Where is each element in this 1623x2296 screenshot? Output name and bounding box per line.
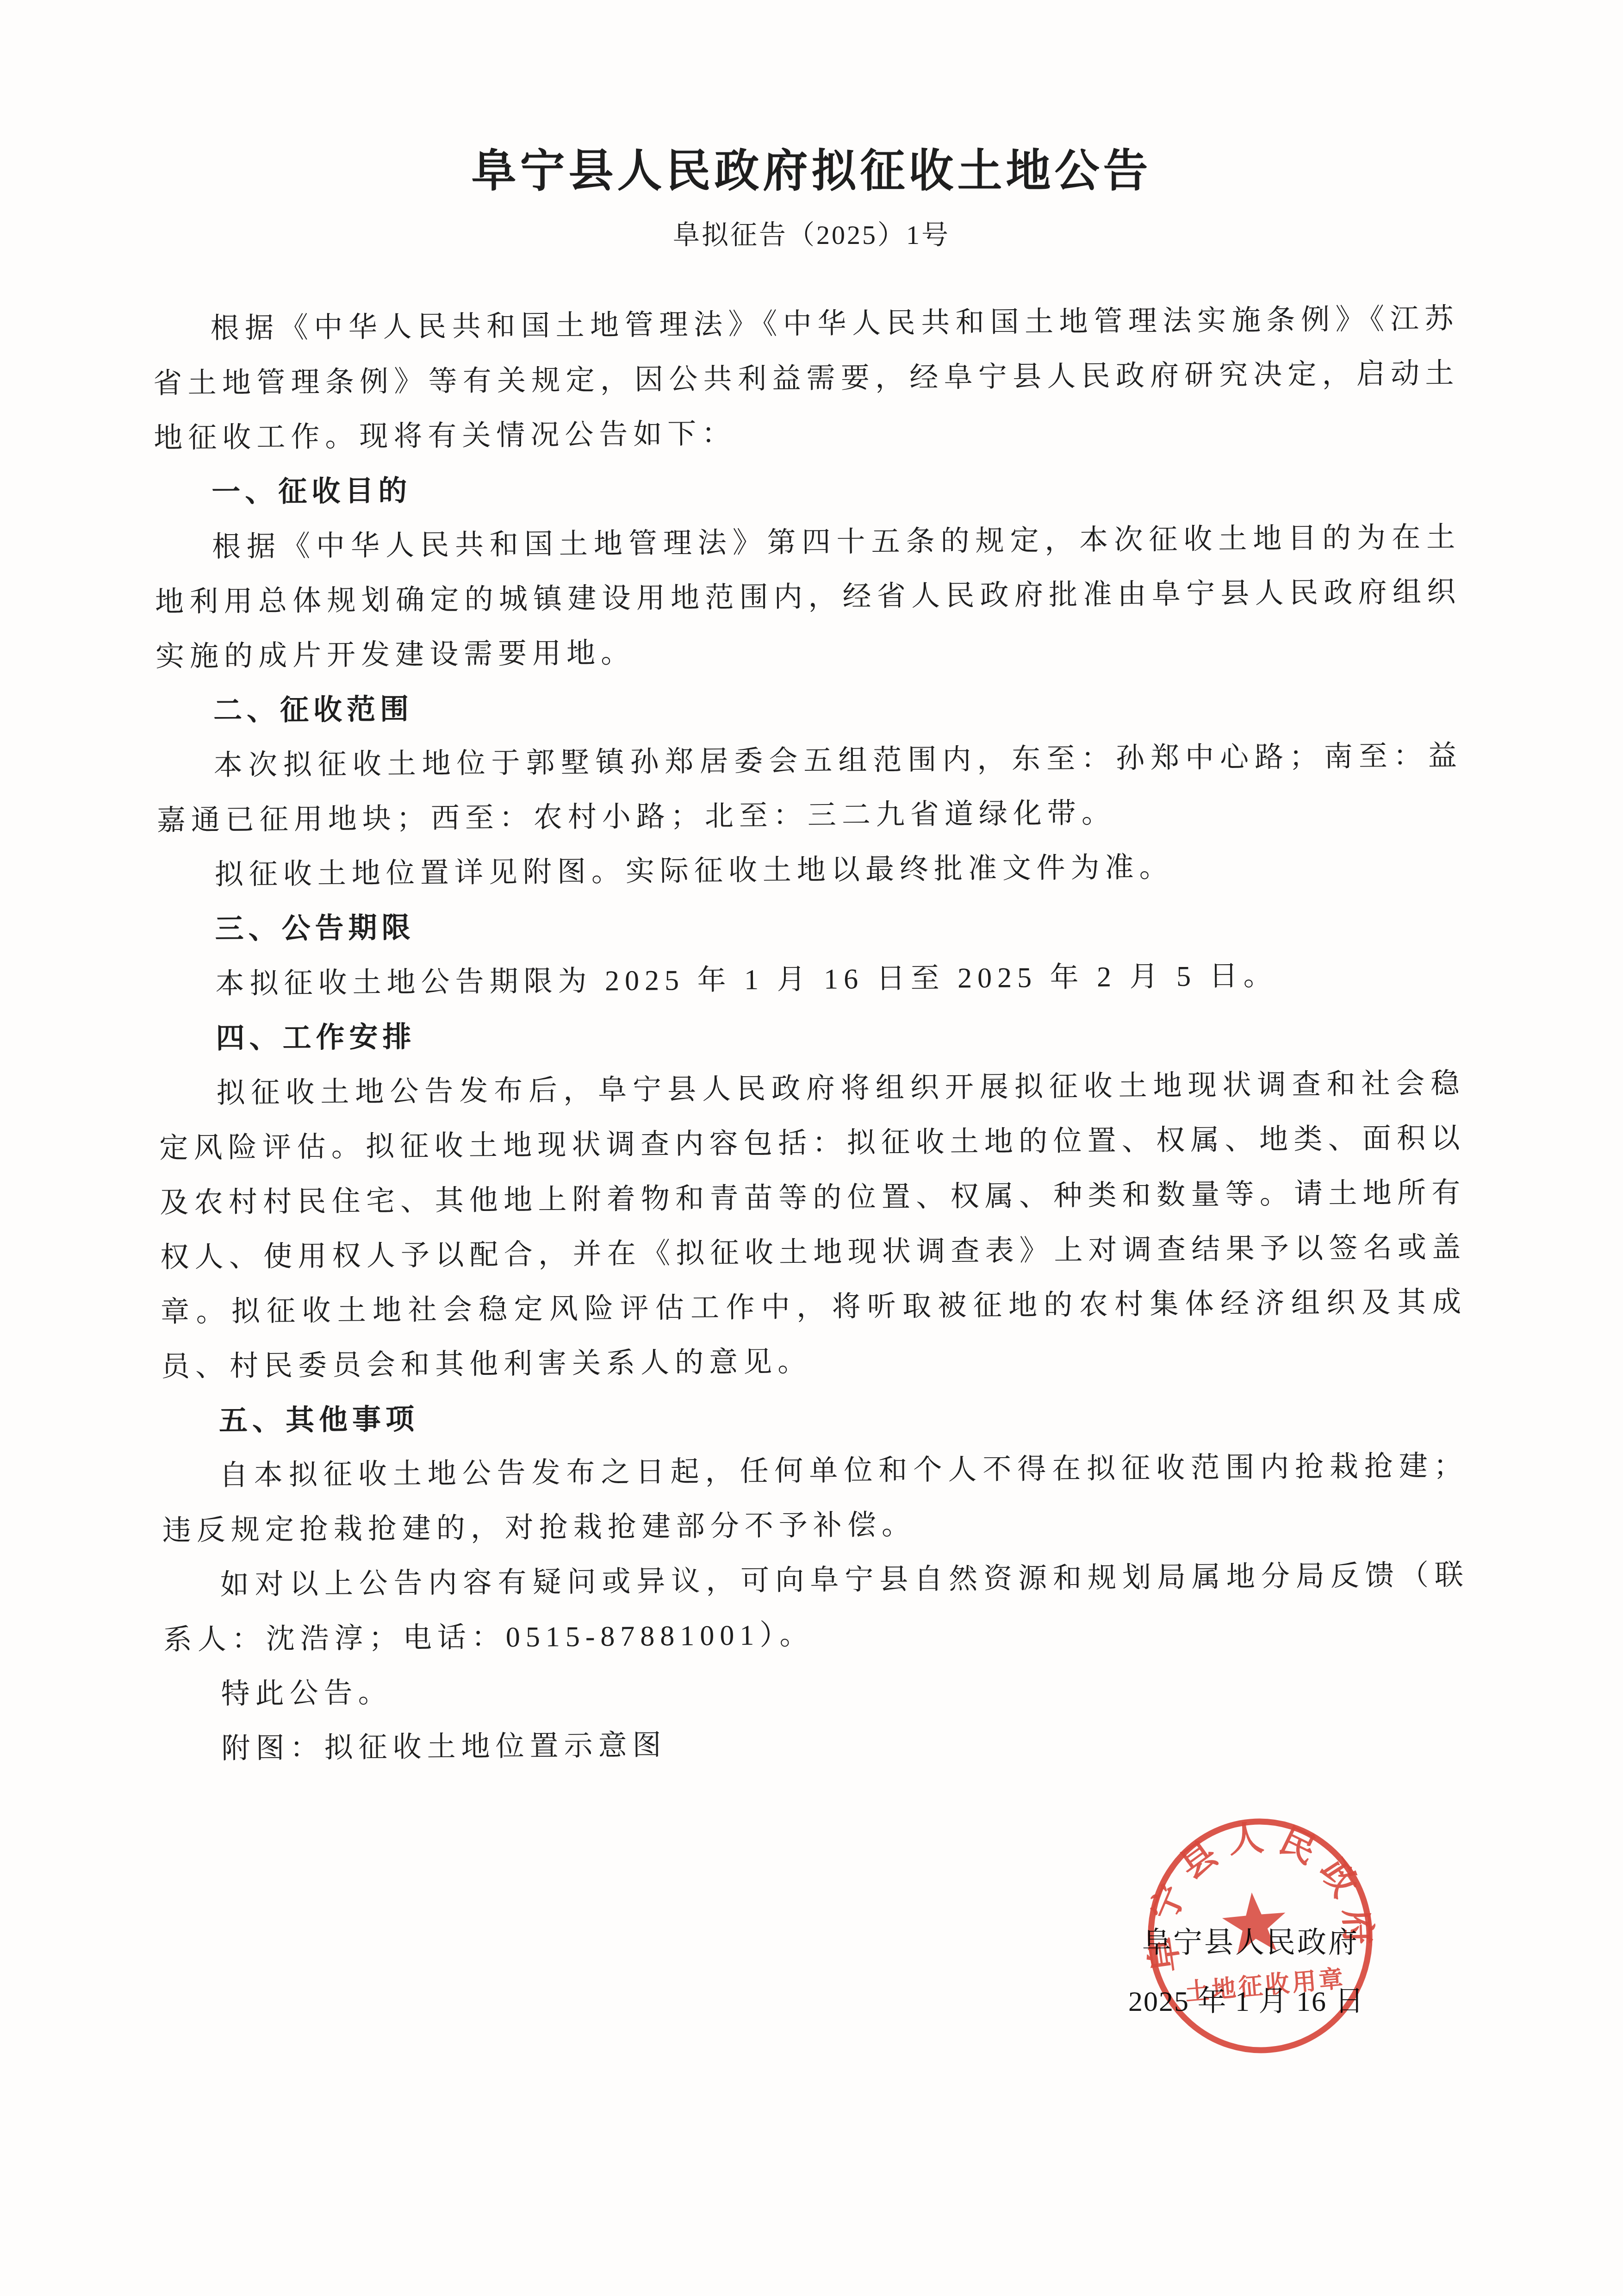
section-heading-1: 一、征收目的 (154, 455, 1461, 520)
attachment-note: 附图：拟征收土地位置示意图 (164, 1712, 1470, 1777)
document-number: 阜拟征告（2025）1号 (0, 217, 1623, 254)
paragraph-other: 自本拟征收土地公告发布之日起，任何单位和个人不得在拟征收范围内抢栽抢建；违反规定… (162, 1439, 1469, 1558)
paragraph-work-plan: 拟征收土地公告发布后，阜宁县人民政府将组织开展拟征收土地现状调查和社会稳定风险评… (159, 1056, 1467, 1394)
seal-center-text: 土地征收用章 (1184, 1965, 1347, 2006)
paragraph-period: 本拟征收土地公告期限为 2025 年 1 月 16 日至 2025 年 2 月 … (158, 947, 1464, 1012)
paragraph-intro: 根据《中华人民共和国土地管理法》《中华人民共和国土地管理法实施条例》《江苏省土地… (153, 292, 1460, 466)
page-title: 阜宁县人民政府拟征收土地公告 (0, 144, 1623, 198)
paragraph-purpose: 根据《中华人民共和国土地管理法》第四十五条的规定，本次征收土地目的为在土地利用总… (155, 510, 1462, 684)
paragraph-scope: 本次拟征收土地位于郭墅镇孙郑居委会五组范围内，东至：孙郑中心路；南至：益嘉通已征… (156, 729, 1463, 848)
seal-star-icon (1220, 1890, 1289, 1955)
paragraph-scope-map: 拟征收土地位置详见附图。实际征收土地以最终批准文件为准。 (157, 838, 1463, 903)
seal-arc-text-holder: 阜宁县人民政府 (1135, 1809, 1380, 1975)
document-body: 根据《中华人民共和国土地管理法》《中华人民共和国土地管理法实施条例》《江苏省土地… (153, 292, 1470, 1777)
section-heading-2: 二、征收范围 (156, 674, 1462, 739)
section-heading-3: 三、公告期限 (157, 892, 1464, 957)
paragraph-contact: 如对以上公告内容有疑问或异议，可向阜宁县自然资源和规划局属地分局反馈（联系人：沈… (162, 1548, 1469, 1667)
section-heading-4: 四、工作安排 (158, 1002, 1465, 1067)
announcement-page: 阜宁县人民政府拟征收土地公告 阜拟征告（2025）1号 根据《中华人民共和国土地… (0, 0, 1623, 2296)
official-seal: 阜宁县人民政府 土地征收用章 (1135, 1808, 1386, 2064)
seal-arc-text: 阜宁县人民政府 (1135, 1809, 1380, 1975)
section-heading-5: 五、其他事项 (162, 1384, 1468, 1449)
paragraph-closing: 特此公告。 (163, 1657, 1470, 1722)
